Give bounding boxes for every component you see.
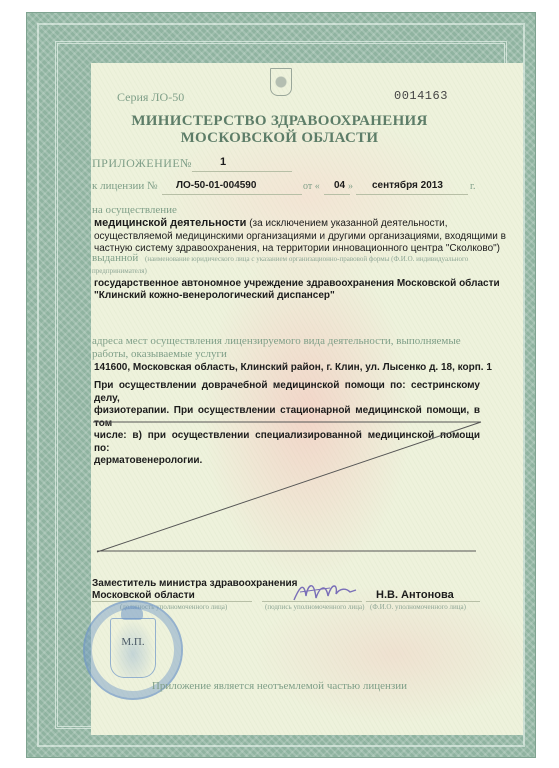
footer-note: Приложение является неотъемлемой частью …: [0, 680, 559, 692]
name-hint: (Ф.И.О. уполномоченного лица): [370, 603, 466, 611]
signer-position-line1: Заместитель министра здравоохранения: [92, 578, 297, 589]
signer-name: Н.В. Антонова: [376, 589, 454, 601]
signer-position-line2: Московской области: [92, 590, 195, 601]
seal-mp-text: М.П.: [85, 636, 181, 648]
name-underline: [366, 601, 480, 602]
signature-hint: (подпись уполномоченного лица): [265, 603, 364, 611]
signature-underline: [262, 601, 362, 602]
moscow-oblast-coat-of-arms-icon: [110, 618, 156, 678]
